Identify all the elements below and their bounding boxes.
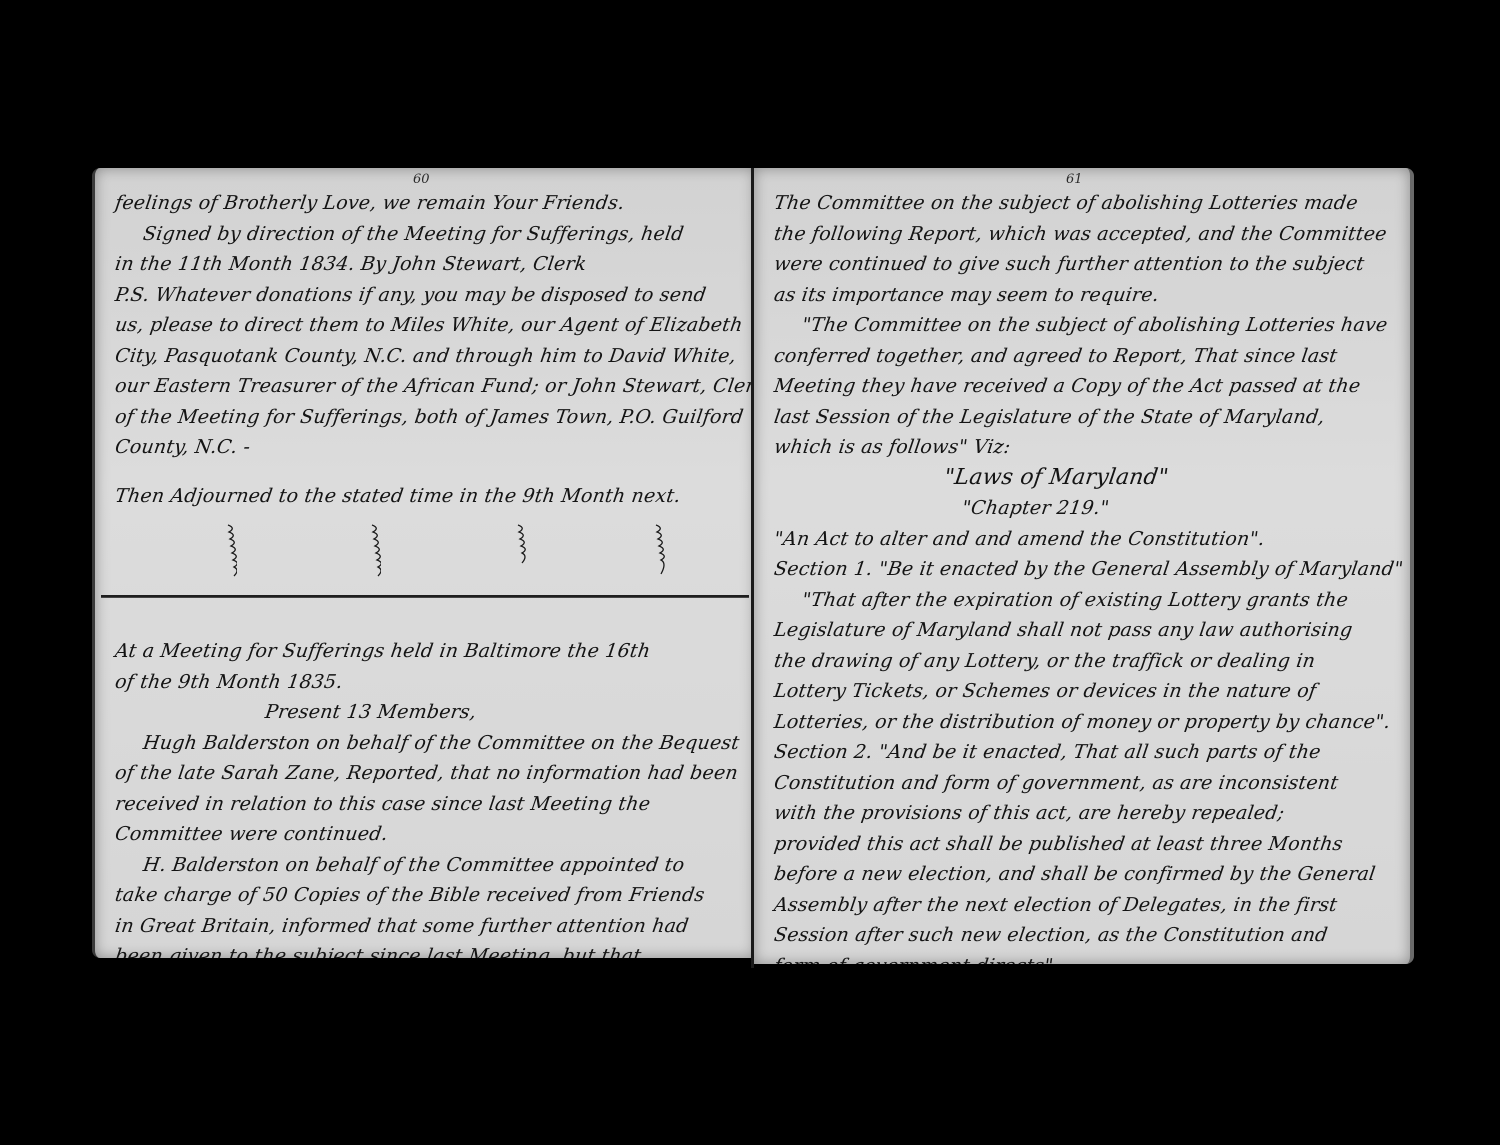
text-line: "That after the expiration of existing L… xyxy=(772,585,1400,616)
text-line: The Committee on the subject of abolishi… xyxy=(772,188,1400,219)
text-line: as its importance may seem to require. xyxy=(772,280,1400,311)
text-line: conferred together, and agreed to Report… xyxy=(772,341,1400,372)
flourish-icon xyxy=(225,523,237,587)
text-line: County, N.C. - xyxy=(113,432,745,463)
text-line: P.S. Whatever donations if any, you may … xyxy=(113,280,745,311)
right-page-text: The Committee on the subject of abolishi… xyxy=(772,188,1396,964)
present-members: Present 13 Members, xyxy=(113,697,745,728)
text-line: Legislature of Maryland shall not pass a… xyxy=(772,615,1400,646)
left-page: 60 feelings of Brotherly Love, we remain… xyxy=(92,168,755,958)
flourish-icon xyxy=(369,523,381,587)
text-line: the following Report, which was accepted… xyxy=(772,219,1400,250)
text-line: in the 11th Month 1834. By John Stewart,… xyxy=(113,249,745,280)
text-line: form of government directs". xyxy=(772,951,1400,965)
left-page-text: feelings of Brotherly Love, we remain Yo… xyxy=(113,188,741,958)
text-line: of the Meeting for Sufferings, both of J… xyxy=(113,402,745,433)
text-line: before a new election, and shall be conf… xyxy=(772,859,1400,890)
text-line: H. Balderston on behalf of the Committee… xyxy=(113,850,745,881)
text-line: our Eastern Treasurer of the African Fun… xyxy=(113,371,745,402)
text-line: which is as follows" Viz: xyxy=(772,432,1400,463)
text-line: Constitution and form of government, as … xyxy=(772,768,1400,799)
section-divider xyxy=(101,595,749,598)
law-title: "Laws of Maryland" xyxy=(772,463,1400,494)
text-line: City, Pasquotank County, N.C. and throug… xyxy=(113,341,745,372)
text-line: take charge of 50 Copies of the Bible re… xyxy=(113,880,745,911)
text-line: Lotteries, or the distribution of money … xyxy=(772,707,1400,738)
text-line: Session after such new election, as the … xyxy=(772,920,1400,951)
text-line: "The Committee on the subject of abolish… xyxy=(772,310,1400,341)
text-line: the drawing of any Lottery, or the traff… xyxy=(772,646,1400,677)
page-number: 61 xyxy=(1066,172,1083,187)
text-line: in Great Britain, informed that some fur… xyxy=(113,911,745,942)
minute-heading-line: of the 9th Month 1835. xyxy=(113,667,745,698)
text-line: Hugh Balderston on behalf of the Committ… xyxy=(113,728,745,759)
act-title: "An Act to alter and and amend the Const… xyxy=(772,524,1400,555)
flourish-icon xyxy=(515,523,527,587)
text-line: Meeting they have received a Copy of the… xyxy=(772,371,1400,402)
text-line: Assembly after the next election of Dele… xyxy=(772,890,1400,921)
flourish-icon xyxy=(653,523,665,587)
text-line: feelings of Brotherly Love, we remain Yo… xyxy=(113,188,745,219)
page-number: 60 xyxy=(413,172,430,187)
text-line: been given to the subject since last Mee… xyxy=(113,941,745,958)
text-line: were continued to give such further atte… xyxy=(772,249,1400,280)
text-line: Committee were continued. xyxy=(113,819,745,850)
text-line: Section 2. "And be it enacted, That all … xyxy=(772,737,1400,768)
text-line: Section 1. "Be it enacted by the General… xyxy=(772,554,1400,585)
right-page: 61 The Committee on the subject of aboli… xyxy=(754,168,1414,964)
adjournment-line: Then Adjourned to the stated time in the… xyxy=(113,481,745,512)
text-line: us, please to direct them to Miles White… xyxy=(113,310,745,341)
text-line: last Session of the Legislature of the S… xyxy=(772,402,1400,433)
text-line: provided this act shall be published at … xyxy=(772,829,1400,860)
manuscript-book-spread: 60 feelings of Brotherly Love, we remain… xyxy=(88,168,1418,970)
text-line: Signed by direction of the Meeting for S… xyxy=(113,219,745,250)
decorative-flourishes xyxy=(113,515,741,595)
minute-heading-line: At a Meeting for Sufferings held in Balt… xyxy=(113,636,745,667)
text-line: Lottery Tickets, or Schemes or devices i… xyxy=(772,676,1400,707)
text-line: with the provisions of this act, are her… xyxy=(772,798,1400,829)
text-line: received in relation to this case since … xyxy=(113,789,745,820)
text-line: of the late Sarah Zane, Reported, that n… xyxy=(113,758,745,789)
chapter-title: "Chapter 219." xyxy=(772,493,1400,524)
